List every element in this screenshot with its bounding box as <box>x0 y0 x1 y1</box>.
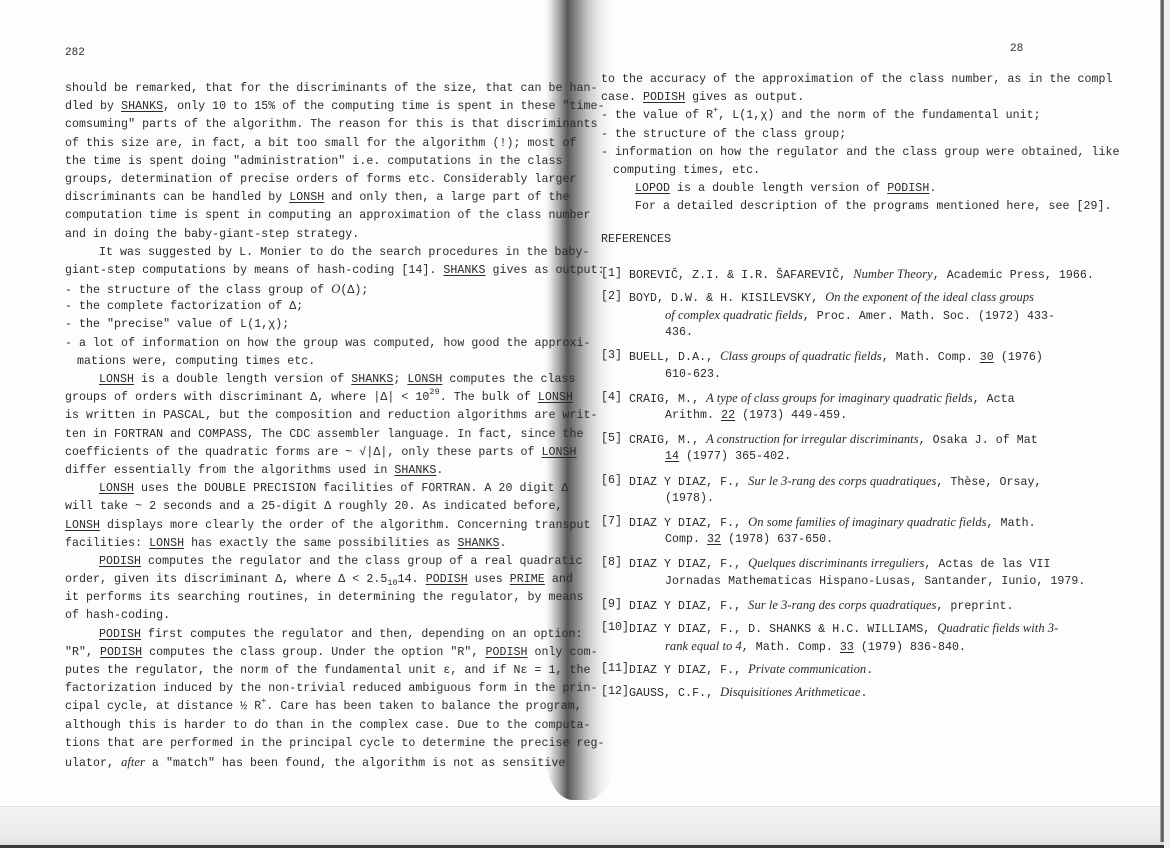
text-run: (1976) <box>994 351 1043 364</box>
text-run: DIAZ Y DIAZ, F., D. SHANKS & H.C. WILLIA… <box>629 623 937 636</box>
reference-number: [9] <box>601 596 622 614</box>
text-line: cipal cycle, at distance ½ R+. Care has … <box>65 698 605 716</box>
program-name: 14 <box>665 450 679 463</box>
text-run: (1973) 449-459. <box>735 409 847 422</box>
text-line: it performs its searching routines, in d… <box>65 589 605 607</box>
reference-number: [3] <box>601 347 622 365</box>
text-line: is written in PASCAL, but the compositio… <box>65 407 605 425</box>
program-name: 30 <box>980 351 994 364</box>
text-line: should be remarked, that for the discrim… <box>65 80 605 98</box>
reference-number: [5] <box>601 430 622 448</box>
text-run: DIAZ Y DIAZ, F., <box>629 558 748 571</box>
reference-item: [9]DIAZ Y DIAZ, F., Sur le 3-rang des co… <box>601 596 1120 614</box>
page-number: 282 <box>65 44 85 62</box>
text-run: - the complete factorization of Δ; <box>65 300 303 313</box>
text-run: uses the DOUBLE PRECISION facilities of … <box>134 482 568 495</box>
body-container: to the accuracy of the approximation of … <box>601 71 1120 707</box>
text-line: It was suggested by L. Monier to do the … <box>65 244 605 262</box>
text-run: computation time is spent in computing a… <box>65 209 591 222</box>
text-run: it performs its searching routines, in d… <box>65 591 584 604</box>
text-run: is a double length version of <box>134 373 351 386</box>
program-name: PODISH <box>643 91 685 104</box>
program-name: 33 <box>840 641 854 654</box>
page-number: 28 <box>1010 40 1023 58</box>
text-run: of hash-coding. <box>65 609 170 622</box>
reference-item: [8]DIAZ Y DIAZ, F., Quelques discriminan… <box>601 554 1120 590</box>
text-run: has exactly the same possibilities as <box>184 537 457 550</box>
text-line: (1978). <box>629 490 1120 508</box>
text-run: - the value of R <box>601 109 713 122</box>
text-run: BOYD, D.W. & H. KISILEVSKY, <box>629 292 825 305</box>
program-name: LONSH <box>407 373 442 386</box>
text-line: of this size are, in fact, a bit too sma… <box>65 135 605 153</box>
program-name: SHANKS <box>457 537 499 550</box>
reference-item: [10]DIAZ Y DIAZ, F., D. SHANKS & H.C. WI… <box>601 619 1120 655</box>
program-name: PODISH <box>426 573 468 586</box>
italic-text: On some families of imaginary quadratic … <box>748 515 986 529</box>
text-run: (Δ); <box>340 284 368 297</box>
text-line: BOREVIČ, Z.I. & I.R. ŠAFAREVIČ, Number T… <box>629 265 1120 283</box>
text-run: . <box>929 182 936 195</box>
italic-text: Class groups of quadratic fields <box>720 349 882 363</box>
text-line: tions that are performed in the principa… <box>65 735 605 753</box>
program-name: 32 <box>707 533 721 546</box>
text-run: a "match" has been found, the algorithm … <box>145 757 565 770</box>
italic-text: Quelques discriminants irreguliers <box>748 556 924 570</box>
text-run: will take ~ 2 seconds and a 25-digit Δ r… <box>65 500 563 513</box>
reference-list: [1]BOREVIČ, Z.I. & I.R. ŠAFAREVIČ, Numbe… <box>601 265 1120 702</box>
scanner-right-margin <box>1164 0 1170 848</box>
text-run: (1978) 637-650. <box>721 533 833 546</box>
reference-item: [6]DIAZ Y DIAZ, F., Sur le 3-rang des co… <box>601 472 1120 508</box>
program-name: LONSH <box>149 537 184 550</box>
text-run: Arithm. <box>665 409 721 422</box>
text-line: - the value of R+, L(1,χ) and the norm o… <box>601 107 1120 125</box>
reference-number: [7] <box>601 513 622 531</box>
text-run: "R", <box>65 646 100 659</box>
reference-text: DIAZ Y DIAZ, F., Private communication. <box>601 660 1120 678</box>
program-name: PODISH <box>485 646 527 659</box>
text-run: , only 10 to 15% of the computing time i… <box>163 100 604 113</box>
reference-item: [12]GAUSS, C.F., Disquisitiones Arithmet… <box>601 683 1120 701</box>
reference-item: [2]BOYD, D.W. & H. KISILEVSKY, On the ex… <box>601 288 1120 343</box>
text-line: mations were, computing times etc. <box>65 353 605 371</box>
scanned-book-spread: 282 should be remarked, that for the dis… <box>0 0 1170 848</box>
program-name: SHANKS <box>394 464 436 477</box>
text-line: will take ~ 2 seconds and a 25-digit Δ r… <box>65 498 605 516</box>
text-run: , Thèse, Orsay, <box>936 476 1041 489</box>
text-run: , L(1,χ) and the norm of the fundamental… <box>718 109 1040 122</box>
text-run: mations were, computing times etc. <box>77 355 315 368</box>
reference-text: BOYD, D.W. & H. KISILEVSKY, On the expon… <box>601 288 1120 343</box>
text-run: 14. <box>398 573 426 586</box>
text-run: and in doing the baby-giant-step strateg… <box>65 228 359 241</box>
text-line: For a detailed description of the progra… <box>601 198 1120 216</box>
text-line: LONSH displays more clearly the order of… <box>65 517 605 535</box>
text-run: order, given its discriminant Δ, where Δ… <box>65 573 387 586</box>
text-run: computes the class group. Under the opti… <box>142 646 485 659</box>
text-line: ten in FORTRAN and COMPASS, The CDC asse… <box>65 426 605 444</box>
text-line: 610-623. <box>629 366 1120 384</box>
text-run: facilities: <box>65 537 149 550</box>
text-run: - the structure of the class group; <box>601 128 846 141</box>
text-line: of hash-coding. <box>65 607 605 625</box>
italic-text: A construction for irregular discriminan… <box>706 432 919 446</box>
text-line: dled by SHANKS, only 10 to 15% of the co… <box>65 98 605 116</box>
text-run: only com- <box>528 646 598 659</box>
text-line: coefficients of the quadratic forms are … <box>65 444 605 462</box>
reference-text: DIAZ Y DIAZ, F., D. SHANKS & H.C. WILLIA… <box>601 619 1120 655</box>
text-run: of this size are, in fact, a bit too sma… <box>65 137 577 150</box>
italic-text: of complex quadratic fields <box>665 308 803 322</box>
text-run: For a detailed description of the progra… <box>635 200 1112 213</box>
italic-text: On the exponent of the ideal class group… <box>825 290 1034 304</box>
text-line: 436. <box>629 324 1120 342</box>
program-name: 22 <box>721 409 735 422</box>
text-line: LONSH is a double length version of SHAN… <box>65 371 605 389</box>
reference-number: [6] <box>601 472 622 490</box>
text-run: groups of orders with discriminant Δ, wh… <box>65 391 429 404</box>
text-run: uses <box>468 573 510 586</box>
text-run: CRAIG, M., <box>629 393 706 406</box>
reference-item: [1]BOREVIČ, Z.I. & I.R. ŠAFAREVIČ, Numbe… <box>601 265 1120 283</box>
text-run: ten in FORTRAN and COMPASS, The CDC asse… <box>65 428 584 441</box>
text-line: LOPOD is a double length version of PODI… <box>601 180 1120 198</box>
reference-text: CRAIG, M., A type of class groups for im… <box>601 389 1120 425</box>
text-run: although this is harder to do than in th… <box>65 719 591 732</box>
text-run: giant-step computations by means of hash… <box>65 264 443 277</box>
text-line: case. PODISH gives as output. <box>601 89 1120 107</box>
text-run: . <box>860 687 867 700</box>
references-heading: REFERENCES <box>601 231 1120 249</box>
text-line: Arithm. 22 (1973) 449-459. <box>629 407 1120 425</box>
text-run: is written in PASCAL, but the compositio… <box>65 409 598 422</box>
text-line: the time is spent doing "administration"… <box>65 153 605 171</box>
reference-number: [12] <box>601 683 629 701</box>
text-line: 14 (1977) 365-402. <box>629 448 1120 466</box>
text-run: , preprint. <box>936 600 1013 613</box>
text-run: . <box>499 537 506 550</box>
text-run: . <box>866 664 873 677</box>
italic-text: O <box>331 282 340 296</box>
text-line: facilities: LONSH has exactly the same p… <box>65 535 605 553</box>
text-run: DIAZ Y DIAZ, F., <box>629 517 748 530</box>
text-run: computes the class <box>442 373 575 386</box>
text-line: to the accuracy of the approximation of … <box>601 71 1120 89</box>
reference-item: [3]BUELL, D.A., Class groups of quadrati… <box>601 347 1120 383</box>
text-run: first computes the regulator and then, d… <box>141 628 582 641</box>
text-line: and in doing the baby-giant-step strateg… <box>65 226 605 244</box>
text-run: factorization induced by the non-trivial… <box>65 682 598 695</box>
text-line: - the structure of the class group; <box>601 126 1120 144</box>
reference-text: DIAZ Y DIAZ, F., Sur le 3-rang des corps… <box>601 472 1120 508</box>
page-bottom-edge <box>0 806 1170 848</box>
text-run: the time is spent doing "administration"… <box>65 155 563 168</box>
text-run: DIAZ Y DIAZ, F., <box>629 476 748 489</box>
text-line: DIAZ Y DIAZ, F., Quelques discriminants … <box>629 554 1120 572</box>
program-name: LONSH <box>289 191 324 204</box>
program-name: LONSH <box>542 446 577 459</box>
text-run: to the accuracy of the approximation of … <box>601 73 1113 86</box>
text-line: rank equal to 4, Math. Comp. 33 (1979) 8… <box>629 637 1120 655</box>
text-line: DIAZ Y DIAZ, F., Sur le 3-rang des corps… <box>629 472 1120 490</box>
reference-text: CRAIG, M., A construction for irregular … <box>601 430 1120 466</box>
text-line: - the structure of the class group of O(… <box>65 280 605 298</box>
text-run: - the "precise" value of L(1,χ); <box>65 318 289 331</box>
text-line: factorization induced by the non-trivial… <box>65 680 605 698</box>
program-name: LOPOD <box>635 182 670 195</box>
text-run: , Osaka J. of Mat <box>919 434 1038 447</box>
text-run: 29 <box>429 387 439 397</box>
text-run: should be remarked, that for the discrim… <box>65 82 598 95</box>
text-run: and <box>545 573 573 586</box>
text-run: putes the regulator, the norm of the fun… <box>65 664 591 677</box>
text-line: GAUSS, C.F., Disquisitiones Arithmeticae… <box>629 683 1120 701</box>
text-run: dled by <box>65 100 121 113</box>
text-run: (1977) 365-402. <box>679 450 791 463</box>
text-run: ; <box>393 373 407 386</box>
text-line: comsuming" parts of the algorithm. The r… <box>65 116 605 134</box>
text-run: It was suggested by L. Monier to do the … <box>99 246 590 259</box>
text-run: computing times, etc. <box>613 164 760 177</box>
text-run: DIAZ Y DIAZ, F., <box>629 600 748 613</box>
text-line: DIAZ Y DIAZ, F., Sur le 3-rang des corps… <box>629 596 1120 614</box>
reference-text: BOREVIČ, Z.I. & I.R. ŠAFAREVIČ, Number T… <box>601 265 1120 283</box>
text-run: displays more clearly the order of the a… <box>100 519 591 532</box>
text-run: (1979) 836-840. <box>854 641 966 654</box>
text-line: - information on how the regulator and t… <box>601 144 1120 162</box>
text-line: BUELL, D.A., Class groups of quadratic f… <box>629 347 1120 365</box>
reference-text: DIAZ Y DIAZ, F., Quelques discriminants … <box>601 554 1120 590</box>
reference-item: [5]CRAIG, M., A construction for irregul… <box>601 430 1120 466</box>
text-line: order, given its discriminant Δ, where Δ… <box>65 571 605 589</box>
text-run: GAUSS, C.F., <box>629 687 720 700</box>
text-run: differ essentially from the algorithms u… <box>65 464 394 477</box>
text-line: computation time is spent in computing a… <box>65 207 605 225</box>
text-run: - information on how the regulator and t… <box>601 146 1120 159</box>
text-line: of complex quadratic fields, Proc. Amer.… <box>629 306 1120 324</box>
text-run: BOREVIČ, Z.I. & I.R. ŠAFAREVIČ, <box>629 269 853 282</box>
text-run: 610-623. <box>665 368 721 381</box>
program-name: LONSH <box>99 482 134 495</box>
program-name: PODISH <box>100 646 142 659</box>
text-run: discriminants can be handled by <box>65 191 289 204</box>
program-name: SHANKS <box>121 100 163 113</box>
program-name: LONSH <box>65 519 100 532</box>
program-name: LONSH <box>538 391 573 404</box>
text-run: groups, determination of precise orders … <box>65 173 577 186</box>
program-name: PODISH <box>99 555 141 568</box>
text-line: - the complete factorization of Δ; <box>65 298 605 316</box>
text-run: , Acta <box>973 393 1015 406</box>
program-name: PODISH <box>887 182 929 195</box>
reference-text: DIAZ Y DIAZ, F., On some families of ima… <box>601 513 1120 549</box>
text-run: (1978). <box>665 492 714 505</box>
body-text: should be remarked, that for the discrim… <box>65 80 605 771</box>
text-line: DIAZ Y DIAZ, F., Private communication. <box>629 660 1120 678</box>
text-line: "R", PODISH computes the class group. Un… <box>65 644 605 662</box>
text-run: - the structure of the class group of <box>65 284 331 297</box>
reference-number: [4] <box>601 389 622 407</box>
reference-number: [1] <box>601 265 622 283</box>
text-run: comsuming" parts of the algorithm. The r… <box>65 118 598 131</box>
text-run: tions that are performed in the principa… <box>65 737 605 750</box>
program-name: PODISH <box>99 628 141 641</box>
text-run: cipal cycle, at distance ½ R <box>65 700 261 713</box>
program-name: LONSH <box>99 373 134 386</box>
italic-text: Private communication <box>748 662 866 676</box>
text-run: , Proc. Amer. Math. Soc. (1972) 433- <box>803 310 1055 323</box>
reference-number: [8] <box>601 554 622 572</box>
text-run: coefficients of the quadratic forms are … <box>65 446 542 459</box>
reference-item: [4]CRAIG, M., A type of class groups for… <box>601 389 1120 425</box>
text-run: and only then, a large part of the <box>324 191 569 204</box>
text-line: ulator, after a "match" has been found, … <box>65 753 605 771</box>
program-name: PRIME <box>510 573 545 586</box>
italic-text: after <box>121 755 145 769</box>
text-line: BOYD, D.W. & H. KISILEVSKY, On the expon… <box>629 288 1120 306</box>
text-run: , Math. Comp. <box>742 641 840 654</box>
text-line: PODISH computes the regulator and the cl… <box>65 553 605 571</box>
text-run: case. <box>601 91 643 104</box>
text-line: Comp. 32 (1978) 637-650. <box>629 531 1120 549</box>
reference-item: [11]DIAZ Y DIAZ, F., Private communicati… <box>601 660 1120 678</box>
text-line: CRAIG, M., A type of class groups for im… <box>629 389 1120 407</box>
text-line: groups, determination of precise orders … <box>65 171 605 189</box>
reference-number: [11] <box>601 660 629 678</box>
text-line: putes the regulator, the norm of the fun… <box>65 662 605 680</box>
text-run: gives as output. <box>685 91 804 104</box>
italic-text: Number Theory <box>853 267 932 281</box>
reference-text: GAUSS, C.F., Disquisitiones Arithmeticae… <box>601 683 1120 701</box>
text-run: BUELL, D.A., <box>629 351 720 364</box>
text-run: , Academic Press, 1966. <box>933 269 1094 282</box>
text-run: 436. <box>665 326 693 339</box>
italic-text: Quadratic fields with 3- <box>937 621 1058 635</box>
reference-text: DIAZ Y DIAZ, F., Sur le 3-rang des corps… <box>601 596 1120 614</box>
text-line: giant-step computations by means of hash… <box>65 262 605 280</box>
text-run: gives as output: <box>485 264 604 277</box>
text-run: . The bulk of <box>440 391 538 404</box>
text-run: computes the regulator and the class gro… <box>141 555 582 568</box>
reference-number: [10] <box>601 619 629 637</box>
text-run: 10 <box>387 578 397 588</box>
program-name: SHANKS <box>351 373 393 386</box>
text-line: DIAZ Y DIAZ, F., D. SHANKS & H.C. WILLIA… <box>629 619 1120 637</box>
reference-text: BUELL, D.A., Class groups of quadratic f… <box>601 347 1120 383</box>
text-run: . <box>436 464 443 477</box>
body-text: to the accuracy of the approximation of … <box>601 71 1120 217</box>
text-run: - a lot of information on how the group … <box>65 337 591 350</box>
text-line: PODISH first computes the regulator and … <box>65 626 605 644</box>
text-run: , Math. Comp. <box>882 351 980 364</box>
text-line: computing times, etc. <box>601 162 1120 180</box>
text-run: , Math. <box>987 517 1036 530</box>
italic-text: rank equal to 4 <box>665 639 742 653</box>
text-line: - a lot of information on how the group … <box>65 335 605 353</box>
text-line: groups of orders with discriminant Δ, wh… <box>65 389 605 407</box>
text-run: DIAZ Y DIAZ, F., <box>629 664 748 677</box>
text-line: - the "precise" value of L(1,χ); <box>65 316 605 334</box>
italic-text: A type of class groups for imaginary qua… <box>706 391 973 405</box>
text-run: Comp. <box>665 533 707 546</box>
reference-number: [2] <box>601 288 622 306</box>
text-line: discriminants can be handled by LONSH an… <box>65 189 605 207</box>
text-line: LONSH uses the DOUBLE PRECISION faciliti… <box>65 480 605 498</box>
text-run: CRAIG, M., <box>629 434 706 447</box>
reference-item: [7]DIAZ Y DIAZ, F., On some families of … <box>601 513 1120 549</box>
text-run: , Actas de las VII <box>924 558 1050 571</box>
text-line: CRAIG, M., A construction for irregular … <box>629 430 1120 448</box>
text-line: although this is harder to do than in th… <box>65 717 605 735</box>
text-run: Jornadas Mathematicas Hispano-Lusas, San… <box>665 575 1085 588</box>
program-name: SHANKS <box>443 264 485 277</box>
text-line: DIAZ Y DIAZ, F., On some families of ima… <box>629 513 1120 531</box>
italic-text: Sur le 3-rang des corps quadratiques <box>748 598 936 612</box>
italic-text: Disquisitiones Arithmeticae <box>720 685 860 699</box>
text-run: . Care has been taken to balance the pro… <box>266 700 581 713</box>
text-line: differ essentially from the algorithms u… <box>65 462 605 480</box>
text-run: ulator, <box>65 757 121 770</box>
text-line: Jornadas Mathematicas Hispano-Lusas, San… <box>629 573 1120 591</box>
italic-text: Sur le 3-rang des corps quadratiques <box>748 474 936 488</box>
text-run: is a double length version of <box>670 182 887 195</box>
